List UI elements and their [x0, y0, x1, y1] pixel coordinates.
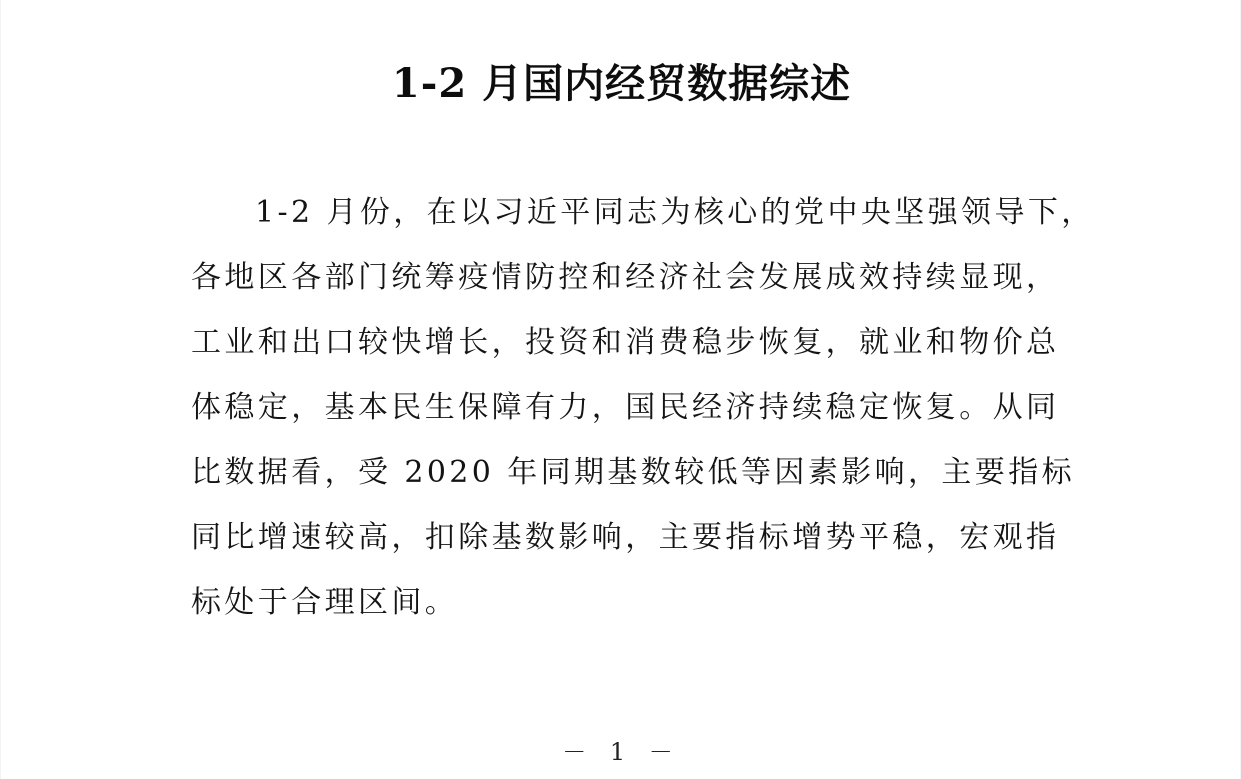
paragraph-line: 同比增速较高，扣除基数影响，主要指标增势平稳，宏观指: [191, 515, 1061, 580]
document-page: 1-2 月国内经贸数据综述 1-2 月份，在以习近平同志为核心的党中央坚强领导下…: [0, 0, 1241, 779]
paragraph-line: 标处于合理区间。: [191, 580, 1061, 645]
paragraph-line: 1-2 月份，在以习近平同志为核心的党中央坚强领导下，: [191, 190, 1061, 255]
paragraph-line: 体稳定，基本民生保障有力，国民经济持续稳定恢复。从同: [191, 385, 1061, 450]
paragraph-line: 比数据看，受 2020 年同期基数较低等因素影响，主要指标: [191, 450, 1061, 515]
paragraph-line: 工业和出口较快增长，投资和消费稳步恢复，就业和物价总: [191, 320, 1061, 385]
document-title: 1-2 月国内经贸数据综述: [1, 58, 1241, 110]
page-number: － 1 －: [1, 736, 1241, 768]
body-paragraph: 1-2 月份，在以习近平同志为核心的党中央坚强领导下， 各地区各部门统筹疫情防控…: [191, 190, 1061, 645]
paragraph-line: 各地区各部门统筹疫情防控和经济社会发展成效持续显现，: [191, 255, 1061, 320]
